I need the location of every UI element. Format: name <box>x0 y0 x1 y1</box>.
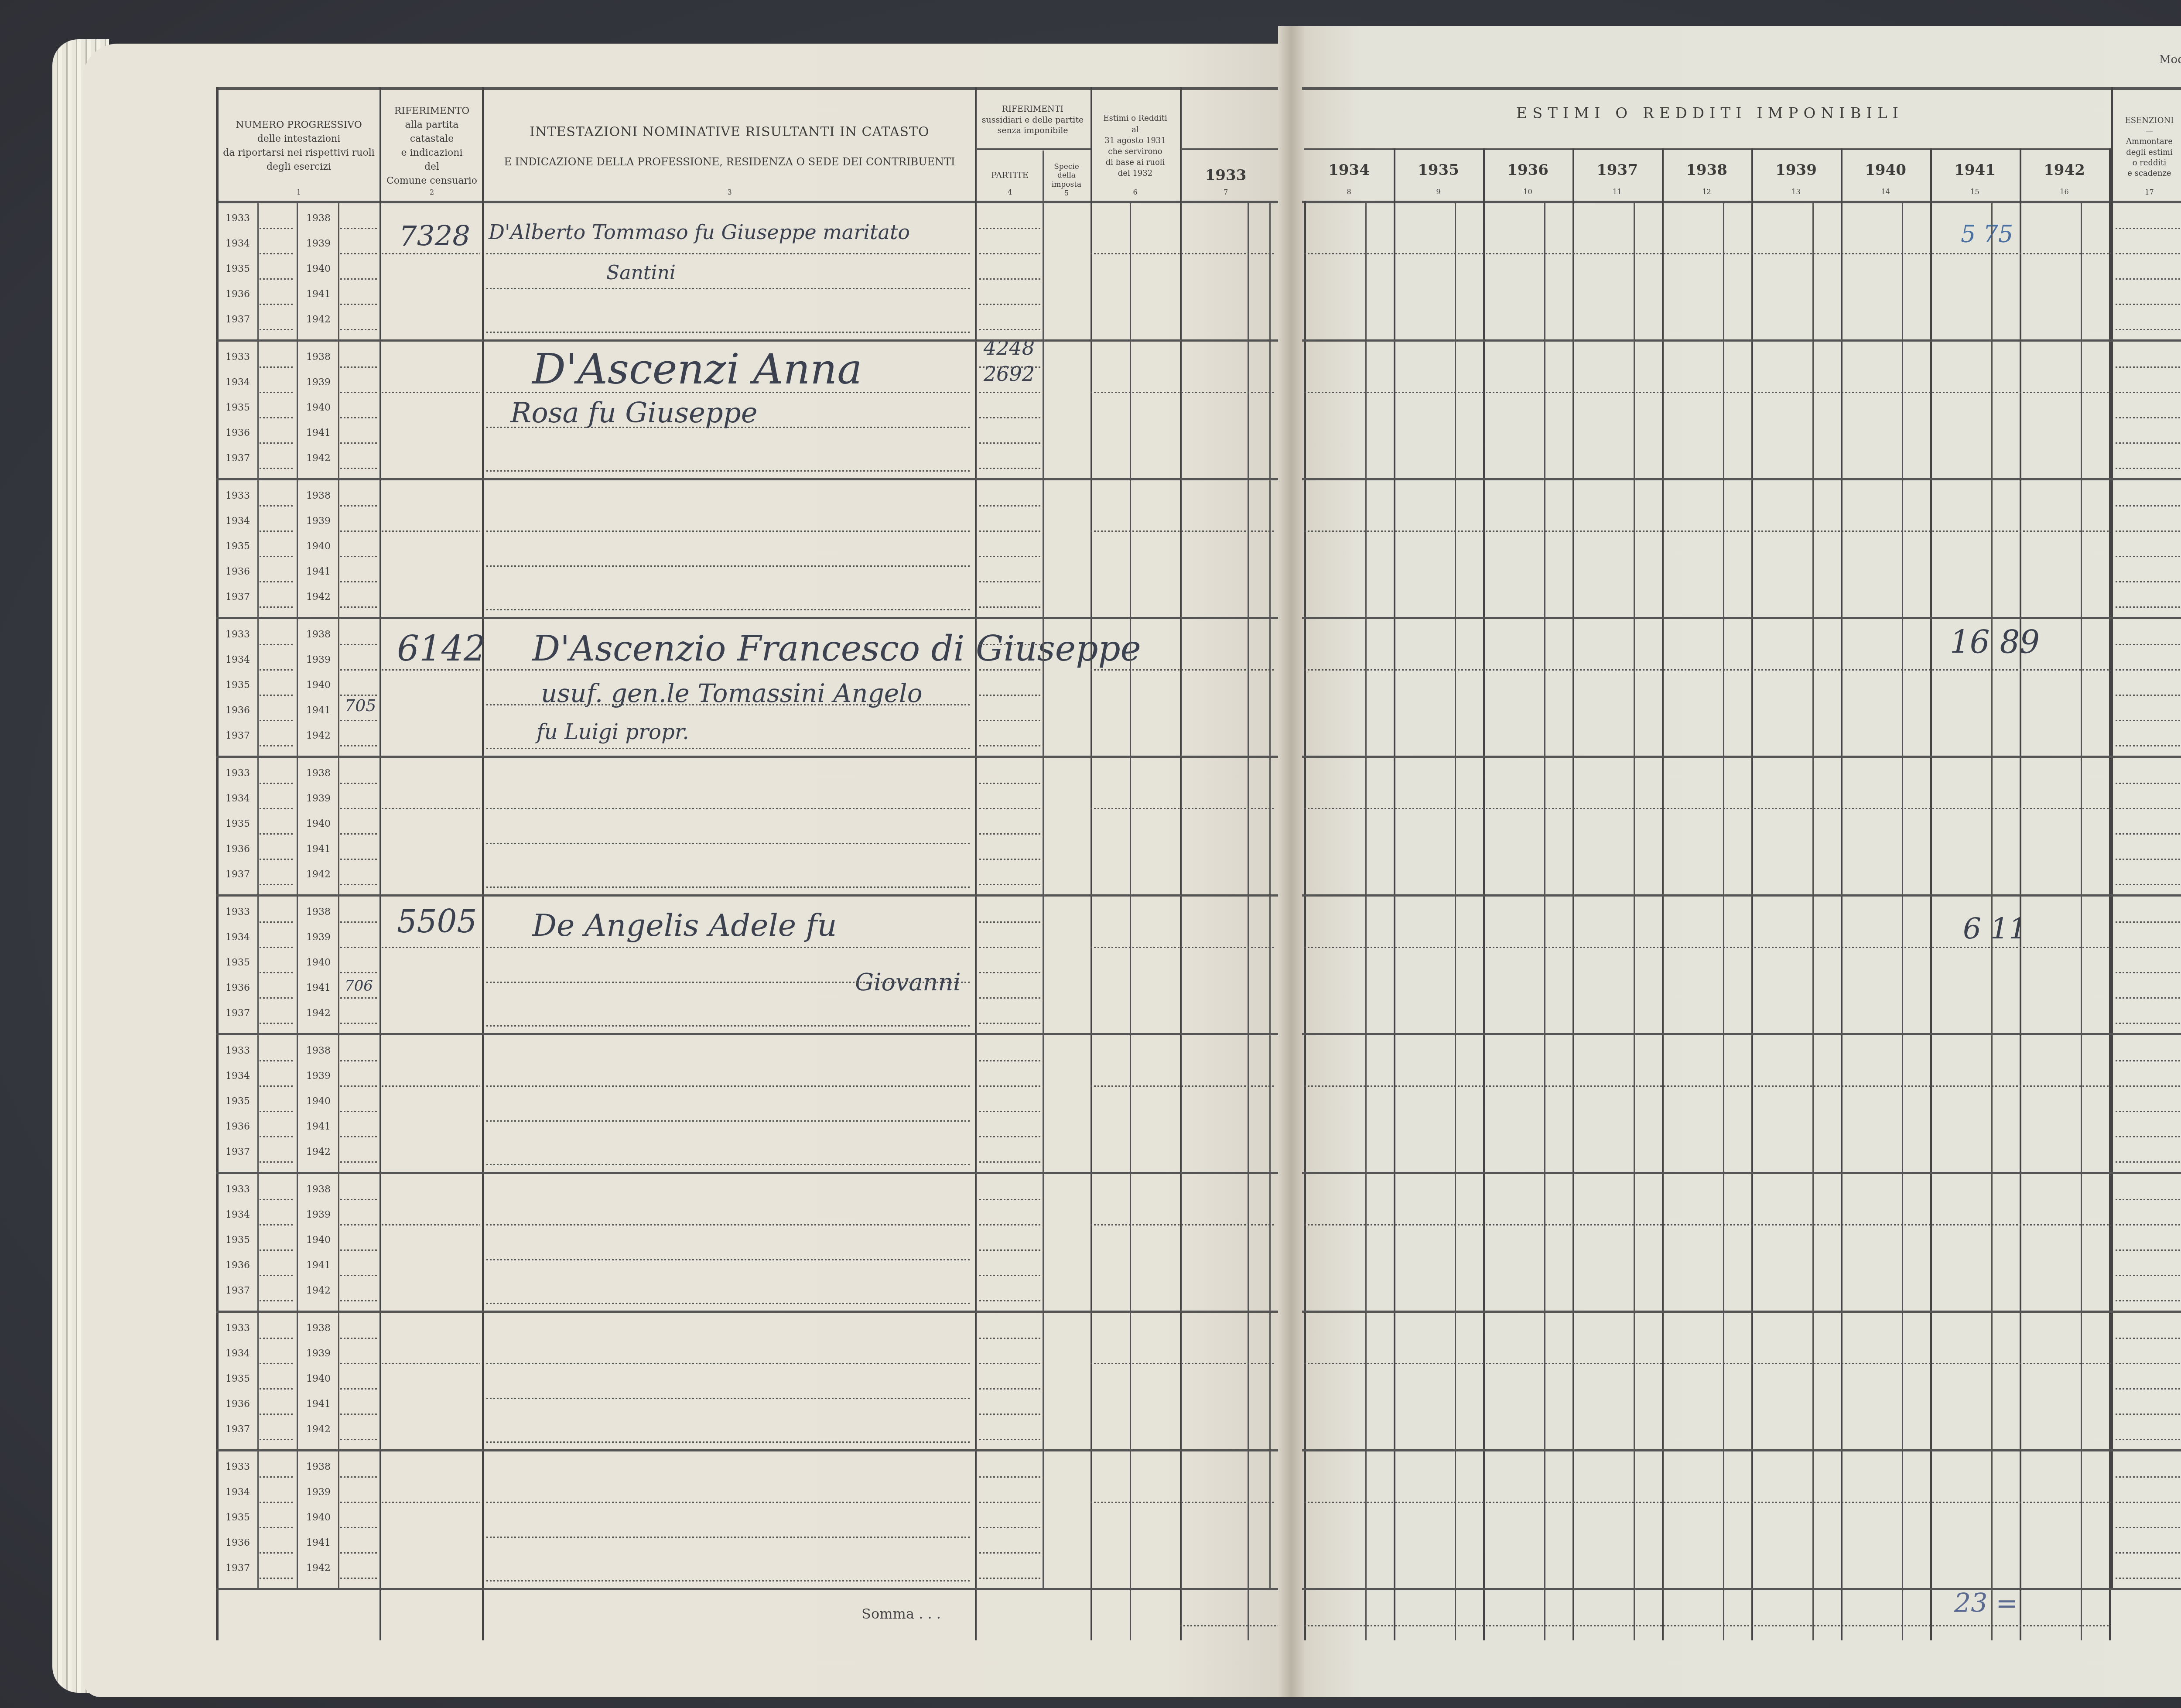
dotted-rule <box>340 304 377 305</box>
name-rule <box>486 1120 971 1122</box>
value-rule-right <box>1304 1502 2111 1503</box>
table-top-rule <box>216 87 1278 90</box>
year-label: 1938 <box>303 213 334 224</box>
entry-name: usuf. gen.le Tomassini Angelo <box>541 678 923 708</box>
dotted-rule <box>340 442 377 444</box>
year-label: 1942 <box>303 1285 334 1296</box>
dotted-rule <box>979 669 1040 671</box>
dotted-rule <box>979 884 1040 885</box>
dotted-rule <box>260 644 294 645</box>
year-label: 1938 <box>303 1184 334 1195</box>
year-label: 1941 <box>303 982 334 993</box>
name-rule <box>486 1502 971 1503</box>
year-label: 1938 <box>303 629 334 640</box>
riferimento-rule <box>382 1502 480 1503</box>
year-label: 1938 <box>303 768 334 779</box>
block-rule-right <box>1302 1588 2181 1590</box>
value-rule <box>1090 531 1274 532</box>
column-number: 4 <box>1008 187 1012 197</box>
dotted-rule <box>260 468 294 469</box>
year-label: 1934 <box>222 1348 253 1359</box>
dotted-rule <box>979 228 1040 229</box>
name-rule <box>486 288 971 289</box>
year-label: 1936 <box>222 982 253 993</box>
header-line: RIFERIMENTI <box>1002 104 1063 115</box>
header-line: ESENZIONI <box>2125 116 2174 126</box>
riferimento-rule <box>382 253 480 254</box>
dotted-rule <box>979 1249 1040 1251</box>
header-bottom-rule-right <box>1302 201 2181 203</box>
name-rule <box>486 1363 971 1364</box>
name-rule <box>486 1164 971 1165</box>
column-number: 10 <box>1483 188 1573 196</box>
dotted-rule <box>979 1527 1040 1528</box>
value-rule-right <box>1304 1085 2111 1087</box>
column-number: 12 <box>1662 188 1751 196</box>
dotted-rule <box>2116 997 2181 999</box>
year-label: 1934 <box>222 1487 253 1498</box>
header-line: del 1932 <box>1118 168 1152 179</box>
dotted-rule <box>979 392 1040 393</box>
value-rule-right <box>1304 1363 2111 1364</box>
dotted-rule <box>340 1224 377 1225</box>
dotted-rule <box>260 228 294 229</box>
dotted-rule <box>979 468 1040 469</box>
riferimento-rule <box>382 1363 480 1364</box>
dotted-rule <box>979 1388 1040 1390</box>
value-rule <box>1090 1085 1274 1087</box>
year-label: 1935 <box>222 541 253 552</box>
block-rule <box>216 339 1278 342</box>
dotted-rule <box>340 1476 377 1478</box>
dotted-rule <box>340 1136 377 1137</box>
year-label: 1935 <box>222 957 253 968</box>
block-rule <box>216 1033 1278 1035</box>
header-line: Estimi o Redditi <box>1103 113 1167 124</box>
dotted-rule <box>260 1502 294 1503</box>
name-rule <box>486 427 971 428</box>
name-rule <box>486 253 971 254</box>
name-rule <box>486 1537 971 1538</box>
block-rule <box>216 756 1278 758</box>
column-rule <box>1090 87 1092 1640</box>
year-label: 1937 <box>222 1008 253 1019</box>
header-riferimento: RIFERIMENTO alla partita catastale e ind… <box>382 92 482 201</box>
header-line: degli estimi <box>2126 147 2173 158</box>
block-rule-right <box>1302 1311 2181 1313</box>
header-line: Specie <box>1054 162 1079 171</box>
dotted-rule <box>979 1085 1040 1087</box>
dotted-rule <box>340 1363 377 1364</box>
name-rule <box>486 1441 971 1443</box>
money-rule <box>1130 201 1131 1640</box>
year-label: 1937 <box>222 730 253 741</box>
dotted-rule <box>979 556 1040 557</box>
dotted-rule <box>260 505 294 507</box>
year-label: 1935 <box>222 1512 253 1523</box>
year-label: 1934 <box>222 1071 253 1082</box>
form-title: Mod. 111 - Imposte Dirette (Intercalare)… <box>2159 53 2181 66</box>
value-rule-right <box>1304 531 2111 532</box>
dotted-rule <box>2116 1388 2181 1390</box>
dotted-rule <box>979 972 1040 973</box>
header-line: e scadenze <box>2127 168 2171 179</box>
column-rule <box>975 87 977 1640</box>
year-header: 1941 <box>1930 161 2020 179</box>
year-label: 1936 <box>222 1399 253 1410</box>
year-label: 1939 <box>303 238 334 249</box>
dotted-rule <box>2116 1552 2181 1554</box>
value-rule-right <box>1304 947 2111 948</box>
entry-value-1941: 6 11 <box>1963 912 2027 945</box>
dotted-rule <box>260 1023 294 1024</box>
year-label: 1934 <box>222 238 253 249</box>
year-label: 1934 <box>222 932 253 943</box>
block-rule-right <box>1302 1172 2181 1174</box>
dotted-rule <box>260 833 294 835</box>
block-rule <box>216 1172 1278 1174</box>
dotted-rule <box>340 1388 377 1390</box>
dotted-rule <box>979 304 1040 305</box>
year-label: 1937 <box>222 314 253 325</box>
entry-name: fu Luigi propr. <box>537 720 689 744</box>
dotted-rule <box>260 783 294 784</box>
year-label: 1933 <box>222 352 253 363</box>
block-rule <box>216 478 1278 480</box>
year-label: 1941 <box>303 1260 334 1271</box>
dotted-rule <box>340 1111 377 1112</box>
dotted-rule <box>979 1414 1040 1415</box>
year-label: 1937 <box>222 1424 253 1435</box>
header-estimi-1931: Estimi o Redditi al 31 agosto 1931 che s… <box>1090 92 1180 201</box>
dotted-rule <box>2116 783 2181 784</box>
column-number: 15 <box>1930 188 2020 196</box>
dotted-rule <box>2116 556 2181 557</box>
value-rule-right <box>1304 253 2111 254</box>
dotted-rule <box>340 468 377 469</box>
dotted-rule <box>260 997 294 999</box>
name-rule <box>486 669 971 671</box>
dotted-rule <box>260 392 294 393</box>
sub-header-rule <box>977 148 1090 150</box>
header-subtitle: E INDICAZIONE DELLA PROFESSIONE, RESIDEN… <box>504 154 955 170</box>
dotted-rule <box>340 392 377 393</box>
name-rule <box>486 843 971 844</box>
dotted-rule <box>260 1111 294 1112</box>
dotted-rule <box>340 745 377 746</box>
cents-rule <box>1455 201 1456 1640</box>
value-rule-right <box>1304 392 2111 393</box>
value-rule <box>1090 392 1274 393</box>
dotted-rule <box>979 366 1040 368</box>
dotted-rule <box>260 1275 294 1276</box>
name-rule <box>486 332 971 333</box>
year-label: 1933 <box>222 1462 253 1472</box>
year-label: 1938 <box>303 1462 334 1472</box>
table-top-rule-right <box>1302 87 2181 90</box>
cents-rule <box>1634 201 1635 1640</box>
value-rule <box>1090 1502 1274 1503</box>
year-label: 1942 <box>303 453 334 464</box>
dotted-rule <box>2116 442 2181 444</box>
dotted-rule <box>260 1439 294 1440</box>
dotted-rule <box>340 1552 377 1554</box>
dotted-rule <box>979 1161 1040 1163</box>
year-label: 1940 <box>303 818 334 829</box>
block-rule <box>216 1311 1278 1313</box>
dotted-rule <box>260 1224 294 1225</box>
year-label: 1936 <box>222 566 253 577</box>
dotted-rule <box>2116 1275 2181 1276</box>
dotted-rule <box>2116 1060 2181 1061</box>
value-rule <box>1090 1363 1274 1364</box>
dotted-rule <box>979 783 1040 784</box>
dotted-rule <box>2116 366 2181 368</box>
dotted-rule <box>340 278 377 280</box>
dotted-rule <box>979 695 1040 696</box>
name-rule <box>486 704 971 705</box>
year-label: 1936 <box>222 428 253 438</box>
sub-column-rule <box>1043 151 1044 201</box>
year-label: 1939 <box>303 1209 334 1220</box>
dotted-rule <box>2116 1338 2181 1339</box>
dotted-rule <box>2116 833 2181 835</box>
dotted-rule <box>2116 417 2181 418</box>
year-header: 1939 <box>1751 161 1841 179</box>
column-number: 2 <box>430 187 434 197</box>
dotted-rule <box>340 720 377 721</box>
year-label: 1941 <box>303 844 334 855</box>
header-line: o redditi <box>2133 158 2167 168</box>
entry-riferimento: 6142 <box>397 628 486 669</box>
dotted-rule <box>979 1439 1040 1440</box>
year-label: 1939 <box>303 793 334 804</box>
dotted-rule <box>2116 720 2181 721</box>
header-line: sussidiari e delle partite <box>982 115 1084 126</box>
entry-name: D'Ascenzi Anna <box>532 345 862 394</box>
dotted-rule <box>2116 1111 2181 1112</box>
dotted-rule <box>2116 329 2181 330</box>
dotted-rule <box>979 417 1040 418</box>
dotted-rule <box>979 1338 1040 1339</box>
year-label: 1937 <box>222 592 253 602</box>
dotted-rule <box>2116 1300 2181 1301</box>
header-bottom-rule <box>216 201 1278 203</box>
dotted-rule <box>979 278 1040 280</box>
riferimento-rule <box>382 669 480 671</box>
dotted-rule <box>340 1085 377 1087</box>
year-label: 1936 <box>222 1260 253 1271</box>
name-rule <box>486 1580 971 1581</box>
dotted-rule <box>260 1578 294 1579</box>
entry-name: D'Ascenzio Francesco di Giuseppe <box>532 628 1141 669</box>
year-label: 1936 <box>222 1537 253 1548</box>
dotted-rule <box>2116 884 2181 885</box>
dotted-rule <box>260 1527 294 1528</box>
dotted-rule <box>340 833 377 835</box>
column-number: 9 <box>1394 188 1483 196</box>
name-rule <box>486 1259 971 1260</box>
dotted-rule <box>979 644 1040 645</box>
header-line: del <box>424 160 439 174</box>
table-left-border <box>216 87 219 1640</box>
dotted-rule <box>260 417 294 418</box>
dotted-rule <box>260 442 294 444</box>
form-title-text: Mod. 111 - Imposte Dirette <box>2159 53 2181 66</box>
value-rule-right <box>1304 1224 2111 1225</box>
dotted-rule <box>2116 1085 2181 1087</box>
year-label: 1939 <box>303 1348 334 1359</box>
dotted-rule <box>340 808 377 809</box>
entry-value-1941: 5 75 <box>1961 220 2013 248</box>
year-label: 1941 <box>303 289 334 300</box>
year-label: 1939 <box>303 932 334 943</box>
dotted-rule <box>2116 972 2181 973</box>
dotted-rule <box>979 1023 1040 1024</box>
year-label: 1942 <box>303 1563 334 1574</box>
dotted-rule <box>340 884 377 885</box>
dotted-rule <box>2116 1161 2181 1163</box>
dotted-rule <box>340 1439 377 1440</box>
column-number: 8 <box>1304 188 1394 196</box>
header-line: senza imponibile <box>997 125 1068 136</box>
entry-riferimento: 7328 <box>399 220 470 253</box>
dotted-rule <box>260 366 294 368</box>
year-label: 1940 <box>303 1512 334 1523</box>
year-header: 1934 <box>1304 161 1394 179</box>
header-line: 31 agosto 1931 <box>1104 135 1166 146</box>
dotted-rule <box>260 669 294 671</box>
dotted-rule <box>260 1338 294 1339</box>
year-label: 1934 <box>222 654 253 665</box>
dotted-rule <box>340 1527 377 1528</box>
name-rule <box>486 1085 971 1087</box>
header-line: Ammontare <box>2126 137 2173 147</box>
year-label: 1938 <box>303 352 334 363</box>
year-label: 1933 <box>222 1045 253 1056</box>
name-rule <box>486 470 971 472</box>
block-rule-right <box>1302 1449 2181 1451</box>
dotted-rule <box>979 1199 1040 1200</box>
year-label: 1941 <box>303 1399 334 1410</box>
dotted-rule <box>340 606 377 608</box>
year-column-rule <box>1304 201 1306 1640</box>
dotted-rule <box>260 556 294 557</box>
header-line: e indicazioni <box>401 146 463 160</box>
dotted-rule <box>260 304 294 305</box>
name-rule <box>486 609 971 610</box>
entry-value-1941: 16 89 <box>1950 624 2040 661</box>
year-label: 1942 <box>303 730 334 741</box>
column-rule <box>1180 87 1182 1640</box>
year-label: 1942 <box>303 869 334 880</box>
year-label: 1941 <box>303 1121 334 1132</box>
year-label: 1940 <box>303 1235 334 1246</box>
year-label: 1940 <box>303 1373 334 1384</box>
entry-name: De Angelis Adele fu <box>532 907 837 943</box>
dotted-rule <box>2116 581 2181 582</box>
name-rule <box>486 887 971 888</box>
somma-rule-right <box>1304 1625 2111 1626</box>
year-label: 1939 <box>303 1071 334 1082</box>
dotted-rule <box>340 417 377 418</box>
dotted-rule <box>2116 468 2181 469</box>
year-label: 1933 <box>222 490 253 501</box>
name-rule <box>486 531 971 532</box>
dotted-rule <box>979 1060 1040 1061</box>
dotted-rule <box>979 745 1040 746</box>
dotted-rule <box>340 1249 377 1251</box>
dotted-rule <box>2116 1502 2181 1503</box>
year-label: 1936 <box>222 844 253 855</box>
year-label: 1935 <box>222 1373 253 1384</box>
column-number: 14 <box>1841 188 1930 196</box>
dotted-rule <box>260 606 294 608</box>
year-label: 1935 <box>222 1096 253 1107</box>
dotted-rule <box>340 253 377 254</box>
block-rule <box>216 1449 1278 1451</box>
dotted-rule <box>979 859 1040 860</box>
year-header: 1937 <box>1573 161 1662 179</box>
entry-side-note: 705 <box>345 696 376 715</box>
header-estimi-imponibili: ESTIMI O REDDITI IMPONIBILI <box>1304 105 2116 122</box>
dotted-rule <box>2116 1578 2181 1579</box>
header-line: NUMERO PROGRESSIVO <box>236 118 362 132</box>
column-number: 3 <box>727 187 732 197</box>
year-label: 1934 <box>222 793 253 804</box>
dotted-rule <box>340 783 377 784</box>
entry-partita: 2692 <box>984 362 1035 386</box>
cents-rule <box>1902 201 1903 1640</box>
year-label: 1933 <box>222 907 253 917</box>
dotted-rule <box>979 1136 1040 1137</box>
name-rule <box>486 947 971 948</box>
somma-total-1941: 23 = <box>1954 1588 2018 1619</box>
entry-name: D'Alberto Tommaso fu Giuseppe maritato <box>489 220 910 244</box>
dotted-rule <box>260 1060 294 1061</box>
dotted-rule <box>979 720 1040 721</box>
block-rule-right <box>1302 339 2181 342</box>
dotted-rule <box>2116 1414 2181 1415</box>
year-header-rule <box>1304 148 2111 150</box>
dotted-rule <box>260 1161 294 1163</box>
dotted-rule <box>2116 531 2181 532</box>
year-label: 1940 <box>303 402 334 413</box>
value-rule-right <box>1304 808 2111 809</box>
dotted-rule <box>260 253 294 254</box>
dotted-rule <box>340 695 377 696</box>
dotted-rule <box>2116 921 2181 923</box>
block-rule-right <box>1302 478 2181 480</box>
dotted-rule <box>340 505 377 507</box>
year-label: 1936 <box>222 289 253 300</box>
dotted-rule <box>2116 505 2181 507</box>
dotted-rule <box>340 1060 377 1061</box>
dotted-rule <box>260 859 294 860</box>
year-header: 1938 <box>1662 161 1751 179</box>
somma-label: Somma . . . <box>861 1605 941 1622</box>
year-label: 1939 <box>303 654 334 665</box>
header-line: alla partita catastale <box>382 118 482 146</box>
year-label: 1942 <box>303 1147 334 1157</box>
name-rule <box>486 1025 971 1027</box>
year-label: 1939 <box>303 1487 334 1498</box>
dotted-rule <box>260 1476 294 1478</box>
header-line: RIFERIMENTO <box>394 104 469 118</box>
value-rule <box>1090 1224 1274 1225</box>
column-number: 1 <box>297 187 301 197</box>
year-label: 1939 <box>303 516 334 527</box>
